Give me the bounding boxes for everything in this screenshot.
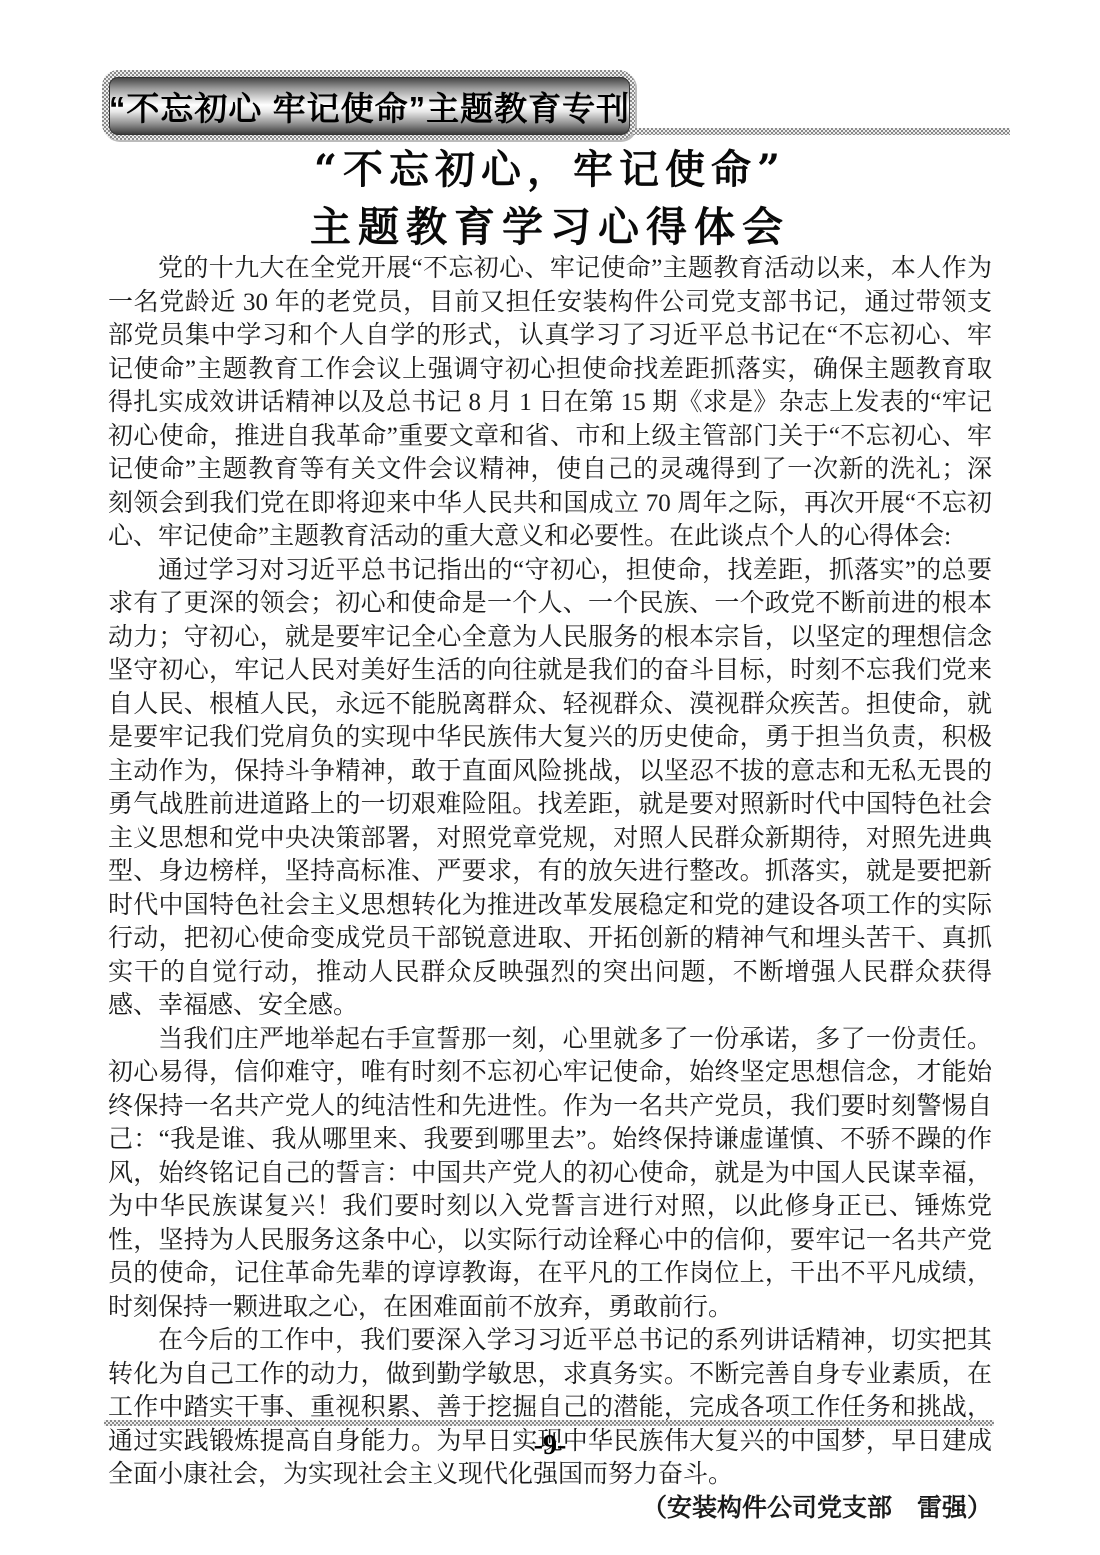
author-signature: （安装构件公司党支部 雷强） <box>108 1492 992 1526</box>
paragraph: 通过学习对习近平总书记指出的“守初心，担使命，找差距，抓落实”的总要求有了更深的… <box>108 554 992 1023</box>
article-body: 党的十九大在全党开展“不忘初心、牢记使命”主题教育活动以来，本人作为一名党龄近 … <box>108 252 992 1525</box>
header-banner: “不忘初心 牢记使命”主题教育专刊 <box>102 70 635 140</box>
header-banner-plate: “不忘初心 牢记使命”主题教育专刊 <box>109 77 630 135</box>
paragraph: 当我们庄严地举起右手宣誓那一刻，心里就多了一份承诺，多了一份责任。初心易得，信仰… <box>108 1023 992 1325</box>
article-title-line2: 主题教育学习心得体会 <box>0 194 1100 253</box>
footer-rule <box>104 1420 994 1426</box>
paragraph: 党的十九大在全党开展“不忘初心、牢记使命”主题教育活动以来，本人作为一名党龄近 … <box>108 252 992 554</box>
banner-title: “不忘初心 牢记使命”主题教育专刊 <box>109 83 630 130</box>
article-title-line1: “不忘初心，牢记使命” <box>0 138 1100 195</box>
banner-tail-rule <box>633 128 1010 135</box>
page-number: -9- <box>0 1430 1100 1462</box>
document-page: “不忘初心 牢记使命”主题教育专刊 “不忘初心，牢记使命” 主题教育学习心得体会… <box>0 0 1100 1555</box>
paragraph: 在今后的工作中，我们要深入学习习近平总书记的系列讲话精神，切实把其转化为自己工作… <box>108 1324 992 1492</box>
